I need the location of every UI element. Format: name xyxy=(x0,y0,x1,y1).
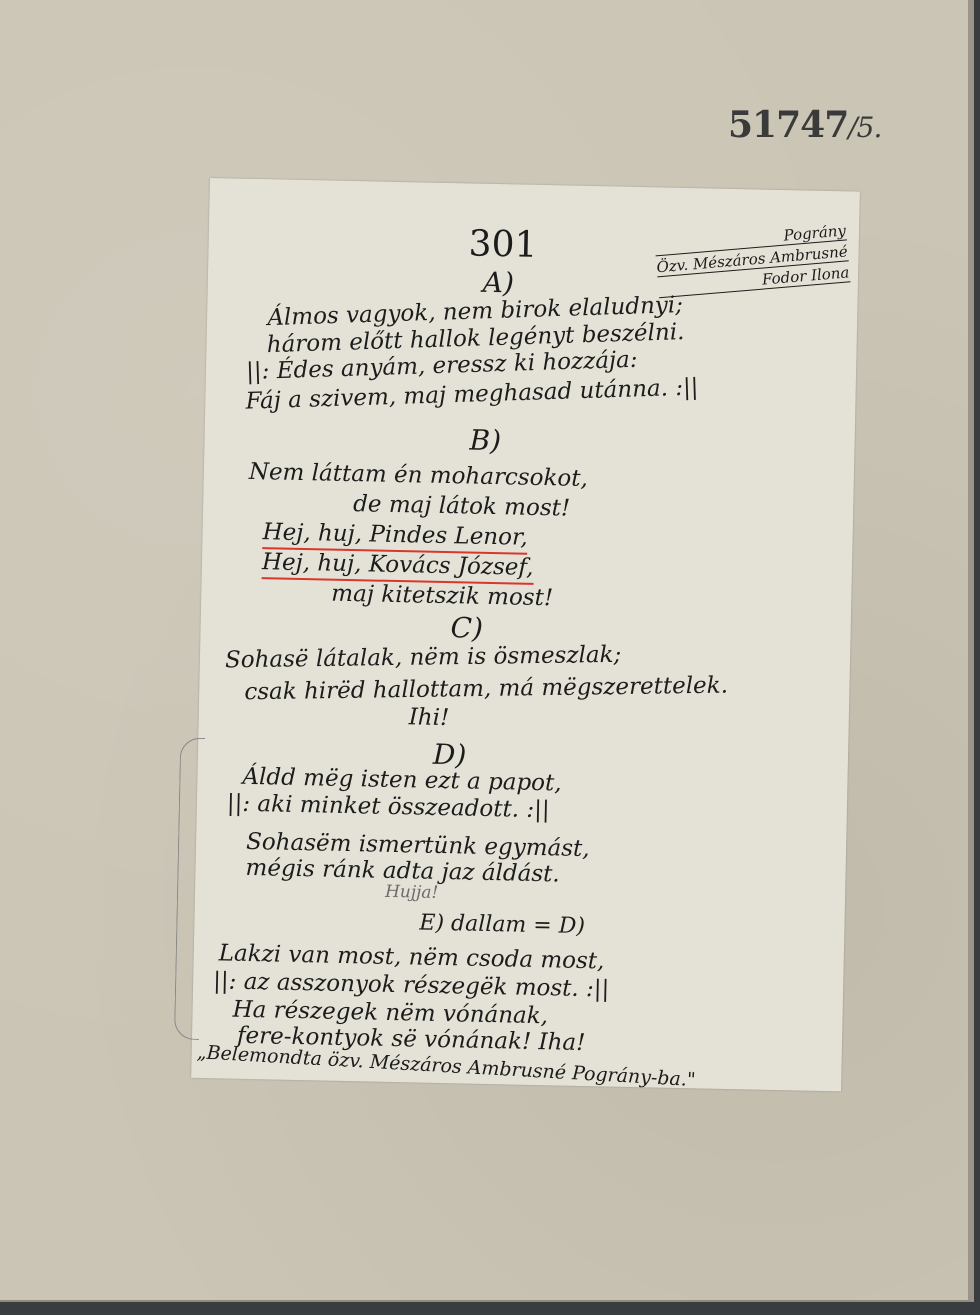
section-b-line-2: de maj látok most! xyxy=(353,491,570,522)
archive-number-main: 51747 xyxy=(728,104,848,146)
song-number: 301 xyxy=(468,223,538,265)
section-c-line-2: csak hirëd hallottam, má mëgszerettelek. xyxy=(244,673,728,706)
archive-number: 51747/5. xyxy=(728,104,881,146)
informant-note: Pográny Özv. Mészáros Ambrusné Fodor Ilo… xyxy=(654,221,850,300)
section-d-pencil-hujja: Hujja! xyxy=(385,882,439,903)
section-c-line-3: Ihi! xyxy=(408,704,449,731)
section-d-label: D) xyxy=(433,738,467,772)
underlined-name-kovacs: Hej, huj, Kovács József, xyxy=(262,549,534,585)
archive-board: 51747/5. Pográny Özv. Mészáros Ambrusné … xyxy=(0,0,974,1302)
section-c-label: C) xyxy=(450,611,483,645)
section-d-line-2: ||: aki minket összeadott. :|| xyxy=(227,790,550,823)
pencil-bracket xyxy=(174,738,205,1040)
section-c-line-1: Sohasë látalak, nëm is ösmeszlak; xyxy=(225,642,622,674)
section-b-line-4: Hej, huj, Kovács József, xyxy=(262,549,534,581)
archive-number-suffix: /5. xyxy=(848,111,881,144)
section-a-label: A) xyxy=(483,266,515,300)
section-b-line-3: Hej, huj, Pindes Lenor, xyxy=(262,519,528,551)
manuscript-slip: Pográny Özv. Mészáros Ambrusné Fodor Ilo… xyxy=(191,178,860,1091)
section-b-line-1: Nem láttam én moharcsokot, xyxy=(249,459,589,492)
section-b-label: B) xyxy=(469,423,501,457)
section-b-line-5: maj kitetszik most! xyxy=(331,581,553,612)
section-e-label: E) dallam = D) xyxy=(419,911,585,939)
